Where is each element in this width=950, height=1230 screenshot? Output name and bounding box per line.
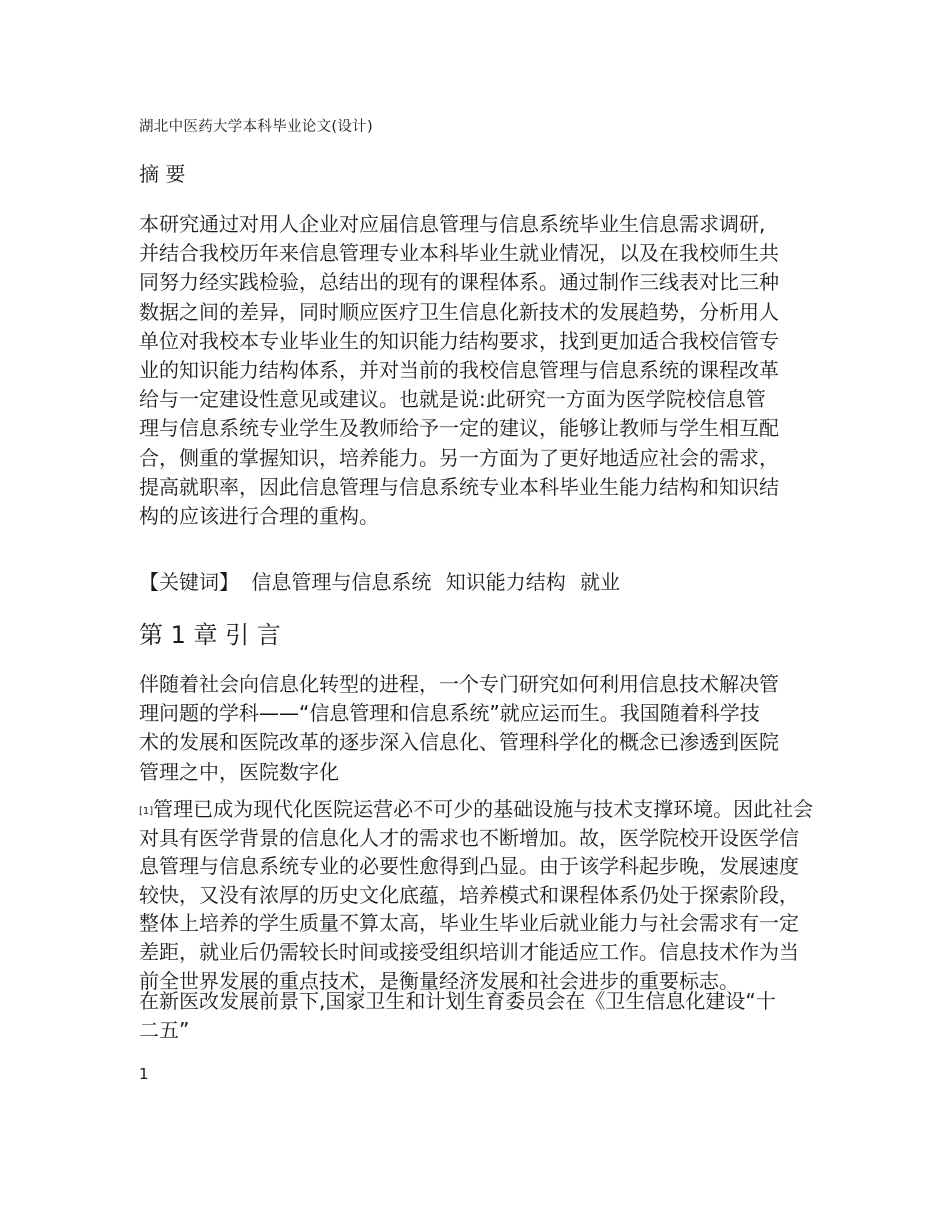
abstract-title: 摘 要 <box>139 161 185 187</box>
text-line: 息管理与信息系统专业的必要性愈得到凸显。由于该学科起步晚，发展速度 <box>139 852 819 881</box>
text-line: 差距，就业后仍需较长时间或接受组织培训才能适应工作。信息技术作为当 <box>139 938 819 967</box>
text-line: 构的应该进行合理的重构。 <box>139 502 819 531</box>
text-line: 并结合我校历年来信息管理专业本科毕业生就业情况，以及在我校师生共 <box>139 239 819 268</box>
text-line: 给与一定建设性意见或建议。也就是说:此研究一方面为医学院校信息管 <box>139 385 819 414</box>
text-segment: 管理已成为现代化医院运营必不可少的基础设施与技术支撑环境。因此社会 <box>153 797 813 821</box>
abstract-paragraph: 本研究通过对用人企业对应届信息管理与信息系统毕业生信息需求调研, 并结合我校历年… <box>139 210 819 531</box>
text-line: 业的知识能力结构体系，并对当前的我校信息管理与信息系统的课程改革 <box>139 356 819 385</box>
text-line: 术的发展和医院改革的逐步深入信息化、管理科学化的概念已渗透到医院 <box>139 728 819 757</box>
keywords-line: 【关键词】 信息管理与信息系统 知识能力结构 就业 <box>139 568 628 596</box>
text-line: 伴随着社会向信息化转型的进程，一个专门研究如何利用信息技术解决管 <box>139 670 819 699</box>
keyword: 知识能力结构 <box>446 570 566 594</box>
text-line: 单位对我校本专业毕业生的知识能力结构要求，找到更加适合我校信管专 <box>139 327 819 356</box>
text-line: [1]管理已成为现代化医院运营必不可少的基础设施与技术支撑环境。因此社会 <box>139 795 819 824</box>
text-line: 合，侧重的掌握知识，培养能力。另一方面为了更好地适应社会的需求， <box>139 444 819 473</box>
text-line: 整体上培养的学生质量不算太高，毕业生毕业后就业能力与社会需求有一定 <box>139 909 819 938</box>
text-line: 理问题的学科——“信息管理和信息系统”就应运而生。我国随着科学技 <box>139 699 819 728</box>
keyword: 信息管理与信息系统 <box>251 570 431 594</box>
intro-paragraph-3: 在新医改发展前景下,国家卫生和计划生育委员会在《卫生信息化建设“十 二五” <box>139 987 819 1045</box>
text-line: 在新医改发展前景下,国家卫生和计划生育委员会在《卫生信息化建设“十 <box>139 987 819 1016</box>
page-number: 1 <box>139 1064 149 1084</box>
chapter-title: 第 1 章 引 言 <box>139 619 281 651</box>
intro-paragraph-2: [1]管理已成为现代化医院运营必不可少的基础设施与技术支撑环境。因此社会 对具有… <box>139 795 819 995</box>
text-line: 对具有医学背景的信息化人才的需求也不断增加。故，医学院校开设医学信 <box>139 824 819 853</box>
keyword: 就业 <box>580 570 620 594</box>
running-header: 湖北中医药大学本科毕业论文(设计) <box>139 117 373 137</box>
text-line: 二五” <box>139 1016 819 1045</box>
keywords-label: 【关键词】 <box>139 570 239 594</box>
text-line: 管理之中，医院数字化 <box>139 758 819 787</box>
text-line: 提高就职率，因此信息管理与信息系统专业本科毕业生能力结构和知识结 <box>139 473 819 502</box>
text-line: 理与信息系统专业学生及教师给予一定的建议，能够让教师与学生相互配 <box>139 414 819 443</box>
text-line: 本研究通过对用人企业对应届信息管理与信息系统毕业生信息需求调研, <box>139 210 819 239</box>
text-line: 同努力经实践检验，总结出的现有的课程体系。通过制作三线表对比三种 <box>139 268 819 297</box>
text-line: 数据之间的差异，同时顺应医疗卫生信息化新技术的发展趋势，分析用人 <box>139 298 819 327</box>
intro-paragraph-1: 伴随着社会向信息化转型的进程，一个专门研究如何利用信息技术解决管 理问题的学科—… <box>139 670 819 787</box>
text-line: 较快，又没有浓厚的历史文化底蕴，培养模式和课程体系仍处于探索阶段， <box>139 881 819 910</box>
document-page: 湖北中医药大学本科毕业论文(设计) 摘 要 本研究通过对用人企业对应届信息管理与… <box>0 0 950 1230</box>
citation-marker[interactable]: [1] <box>139 806 153 817</box>
